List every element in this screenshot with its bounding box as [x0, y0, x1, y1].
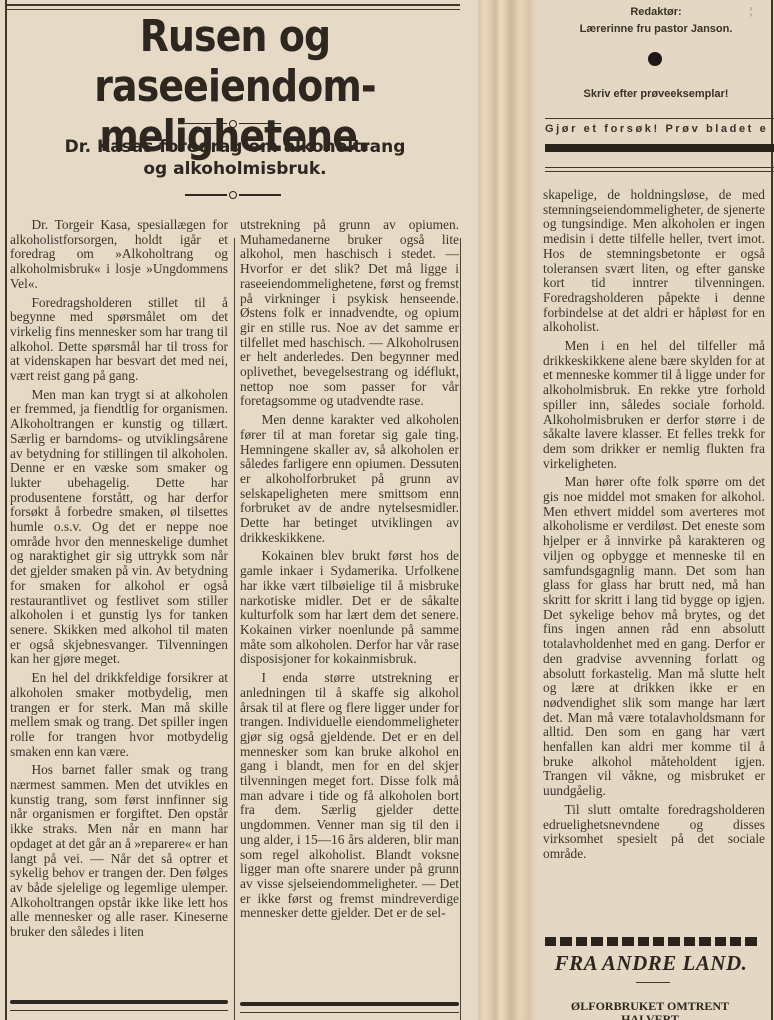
paragraph: Hos barnet faller smak og trang nærmest …	[10, 763, 228, 939]
ornament-divider-bottom	[185, 190, 281, 200]
ornament-divider-top	[185, 119, 281, 129]
next-headline-line-2: HALVERT	[538, 1013, 762, 1020]
column-rule-2	[460, 238, 461, 1020]
banner-rule-bottom-2	[545, 171, 774, 172]
editor-name: Lærerinne fru pastor Janson.	[538, 23, 774, 35]
paragraph: I enda større utstrekning er anledningen…	[240, 671, 459, 921]
editor-label: Redaktør:	[538, 6, 774, 18]
column-rule-1	[234, 238, 235, 1020]
staple-mark-icon: ¦	[750, 6, 752, 17]
paragraph: Men man kan trygt si at alkoholen er fre…	[10, 388, 228, 667]
bullet-dot-icon	[648, 52, 662, 66]
paragraph: skapelige, de holdningsløse, de med stem…	[543, 188, 765, 335]
paragraph: Men i en hel del tilfeller må drikkeskik…	[543, 339, 765, 471]
sample-request: Skriv efter prøveeksemplar!	[538, 88, 774, 100]
section-rule	[636, 982, 670, 983]
paragraph: Til slutt omtalte foredragsholderen edru…	[543, 803, 765, 862]
bottom-rule-thin-col2	[240, 1012, 459, 1013]
bottom-rule-col1	[10, 1000, 228, 1004]
page-gutter	[478, 0, 538, 1020]
section-title: FRA ANDRE LAND.	[540, 951, 762, 976]
headline-line-1: Rusen og raseeiendom-	[42, 12, 429, 112]
banner-rule-bottom-1	[545, 167, 774, 168]
subheadline-line-2: og alkoholmisbruk.	[10, 158, 460, 180]
bottom-rule-thin-col1	[10, 1010, 228, 1011]
paragraph: utstrekning på grunn av opiumen. Muhamed…	[240, 218, 459, 409]
article-subheadline: Dr. Kasas foredrag om alkoholtrang og al…	[10, 136, 460, 180]
promo-banner: Gjør et forsøk! Prøv bladet e	[545, 123, 774, 135]
section-dash-bar	[545, 937, 757, 946]
top-rule-thin	[7, 9, 460, 10]
banner-rule-thick	[545, 144, 774, 152]
paragraph: Kokainen blev brukt først hos de gamle i…	[240, 549, 459, 667]
paragraph: Foredragsholderen stillet til å begynne …	[10, 296, 228, 384]
page-border-left	[5, 0, 7, 1020]
top-rule	[7, 4, 460, 6]
paragraph: En hel del drikkfeldige forsikrer at alk…	[10, 671, 228, 759]
article-column-3: skapelige, de holdningsløse, de med stem…	[543, 188, 765, 866]
banner-rule-top	[545, 118, 774, 119]
page-border-right	[771, 0, 773, 1020]
next-article-headline: ØLFORBRUKET OMTRENT HALVERT	[538, 1000, 762, 1020]
paragraph: Man hører ofte folk spørre om det gis no…	[543, 475, 765, 798]
subheadline-line-1: Dr. Kasas foredrag om alkoholtrang	[10, 136, 460, 158]
paragraph: Men denne karakter ved alkoholen fører t…	[240, 413, 459, 545]
paragraph: Dr. Torgeir Kasa, spesiallægen for alkoh…	[10, 218, 228, 292]
article-column-2: utstrekning på grunn av opiumen. Muhamed…	[240, 218, 459, 925]
article-column-1: Dr. Torgeir Kasa, spesiallægen for alkoh…	[10, 218, 228, 944]
bottom-rule-col2	[240, 1002, 459, 1006]
